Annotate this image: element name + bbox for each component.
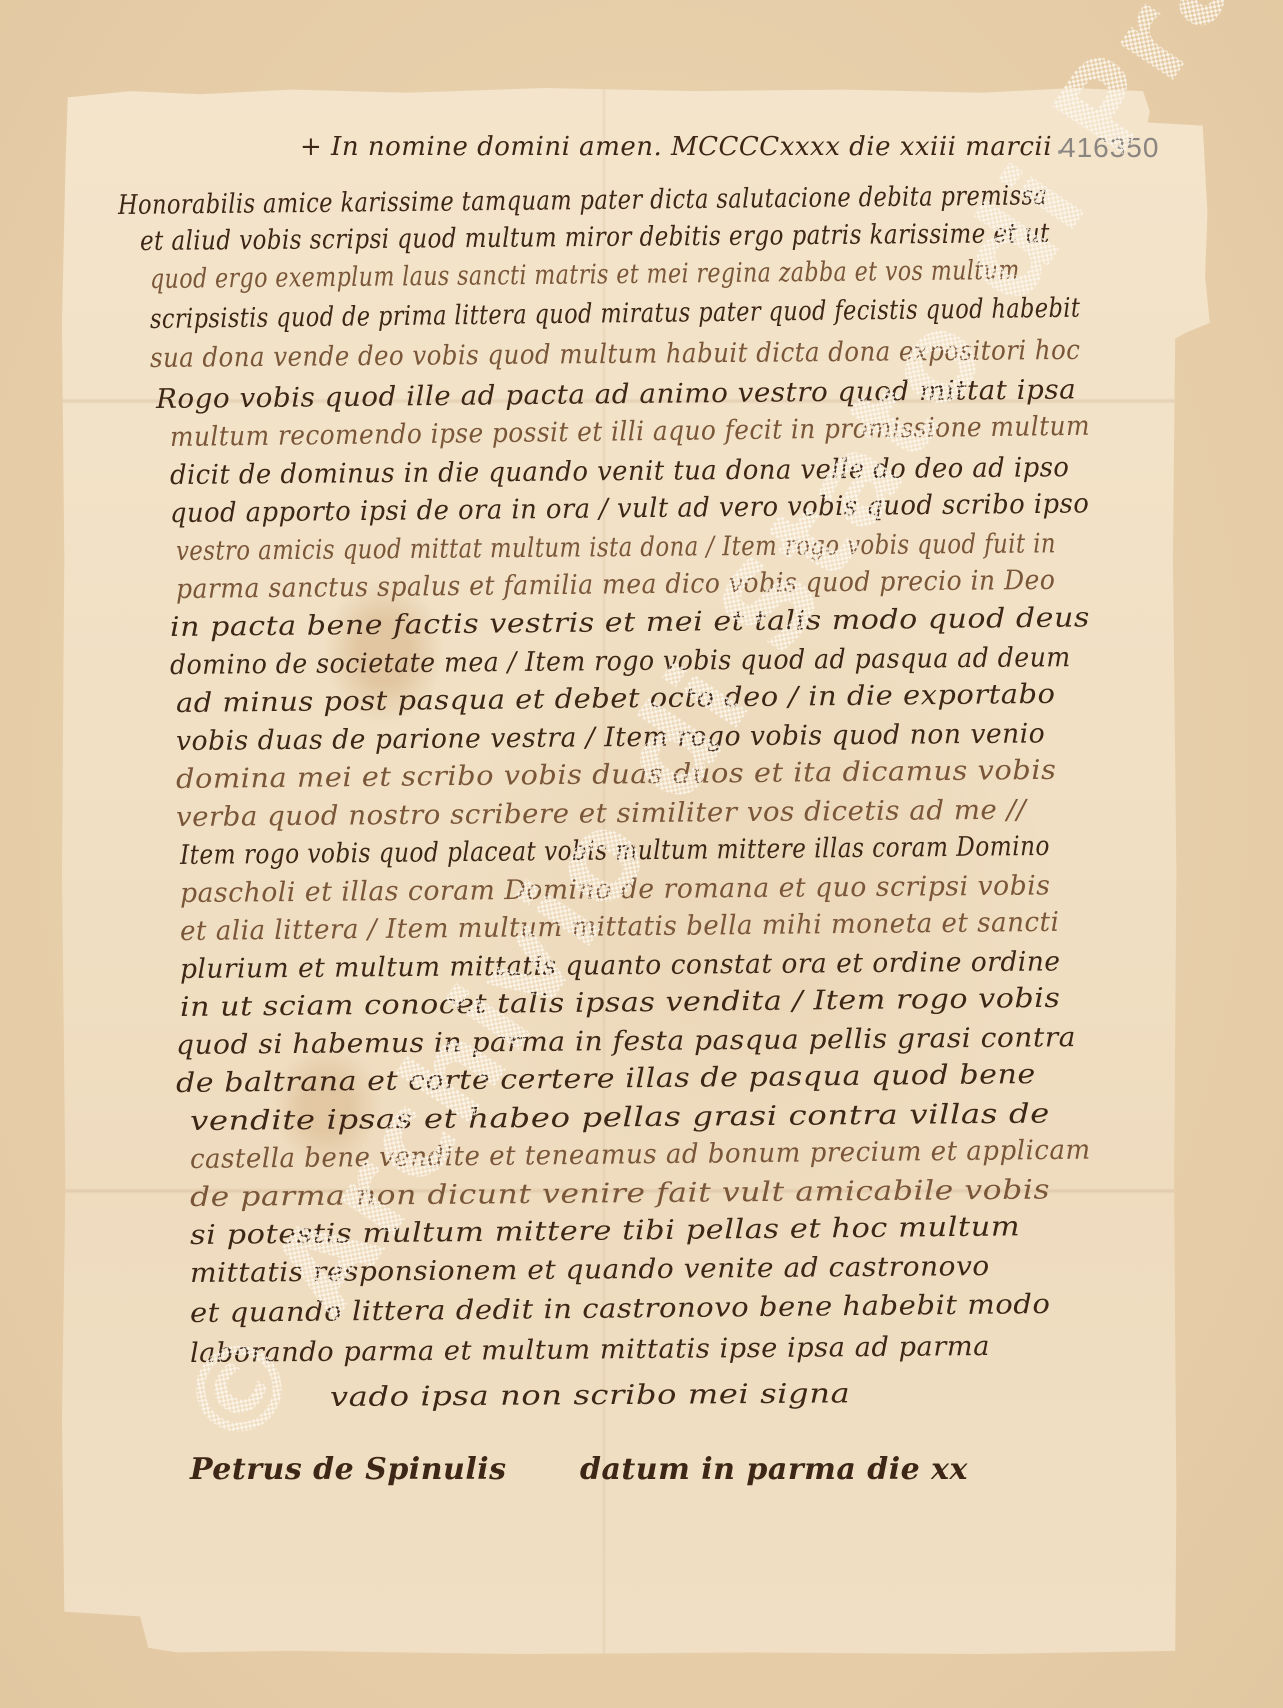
archive-number: 416350: [1060, 132, 1159, 164]
signature-dating: datum in parma die xx: [580, 1452, 968, 1487]
date-line: + In nomine domini amen. MCCCCxxxx die x…: [300, 132, 1052, 162]
signature-name: Petrus de Spinulis: [190, 1452, 507, 1487]
body-line-32: vado ipsa non scribo mei signa: [330, 1378, 851, 1413]
